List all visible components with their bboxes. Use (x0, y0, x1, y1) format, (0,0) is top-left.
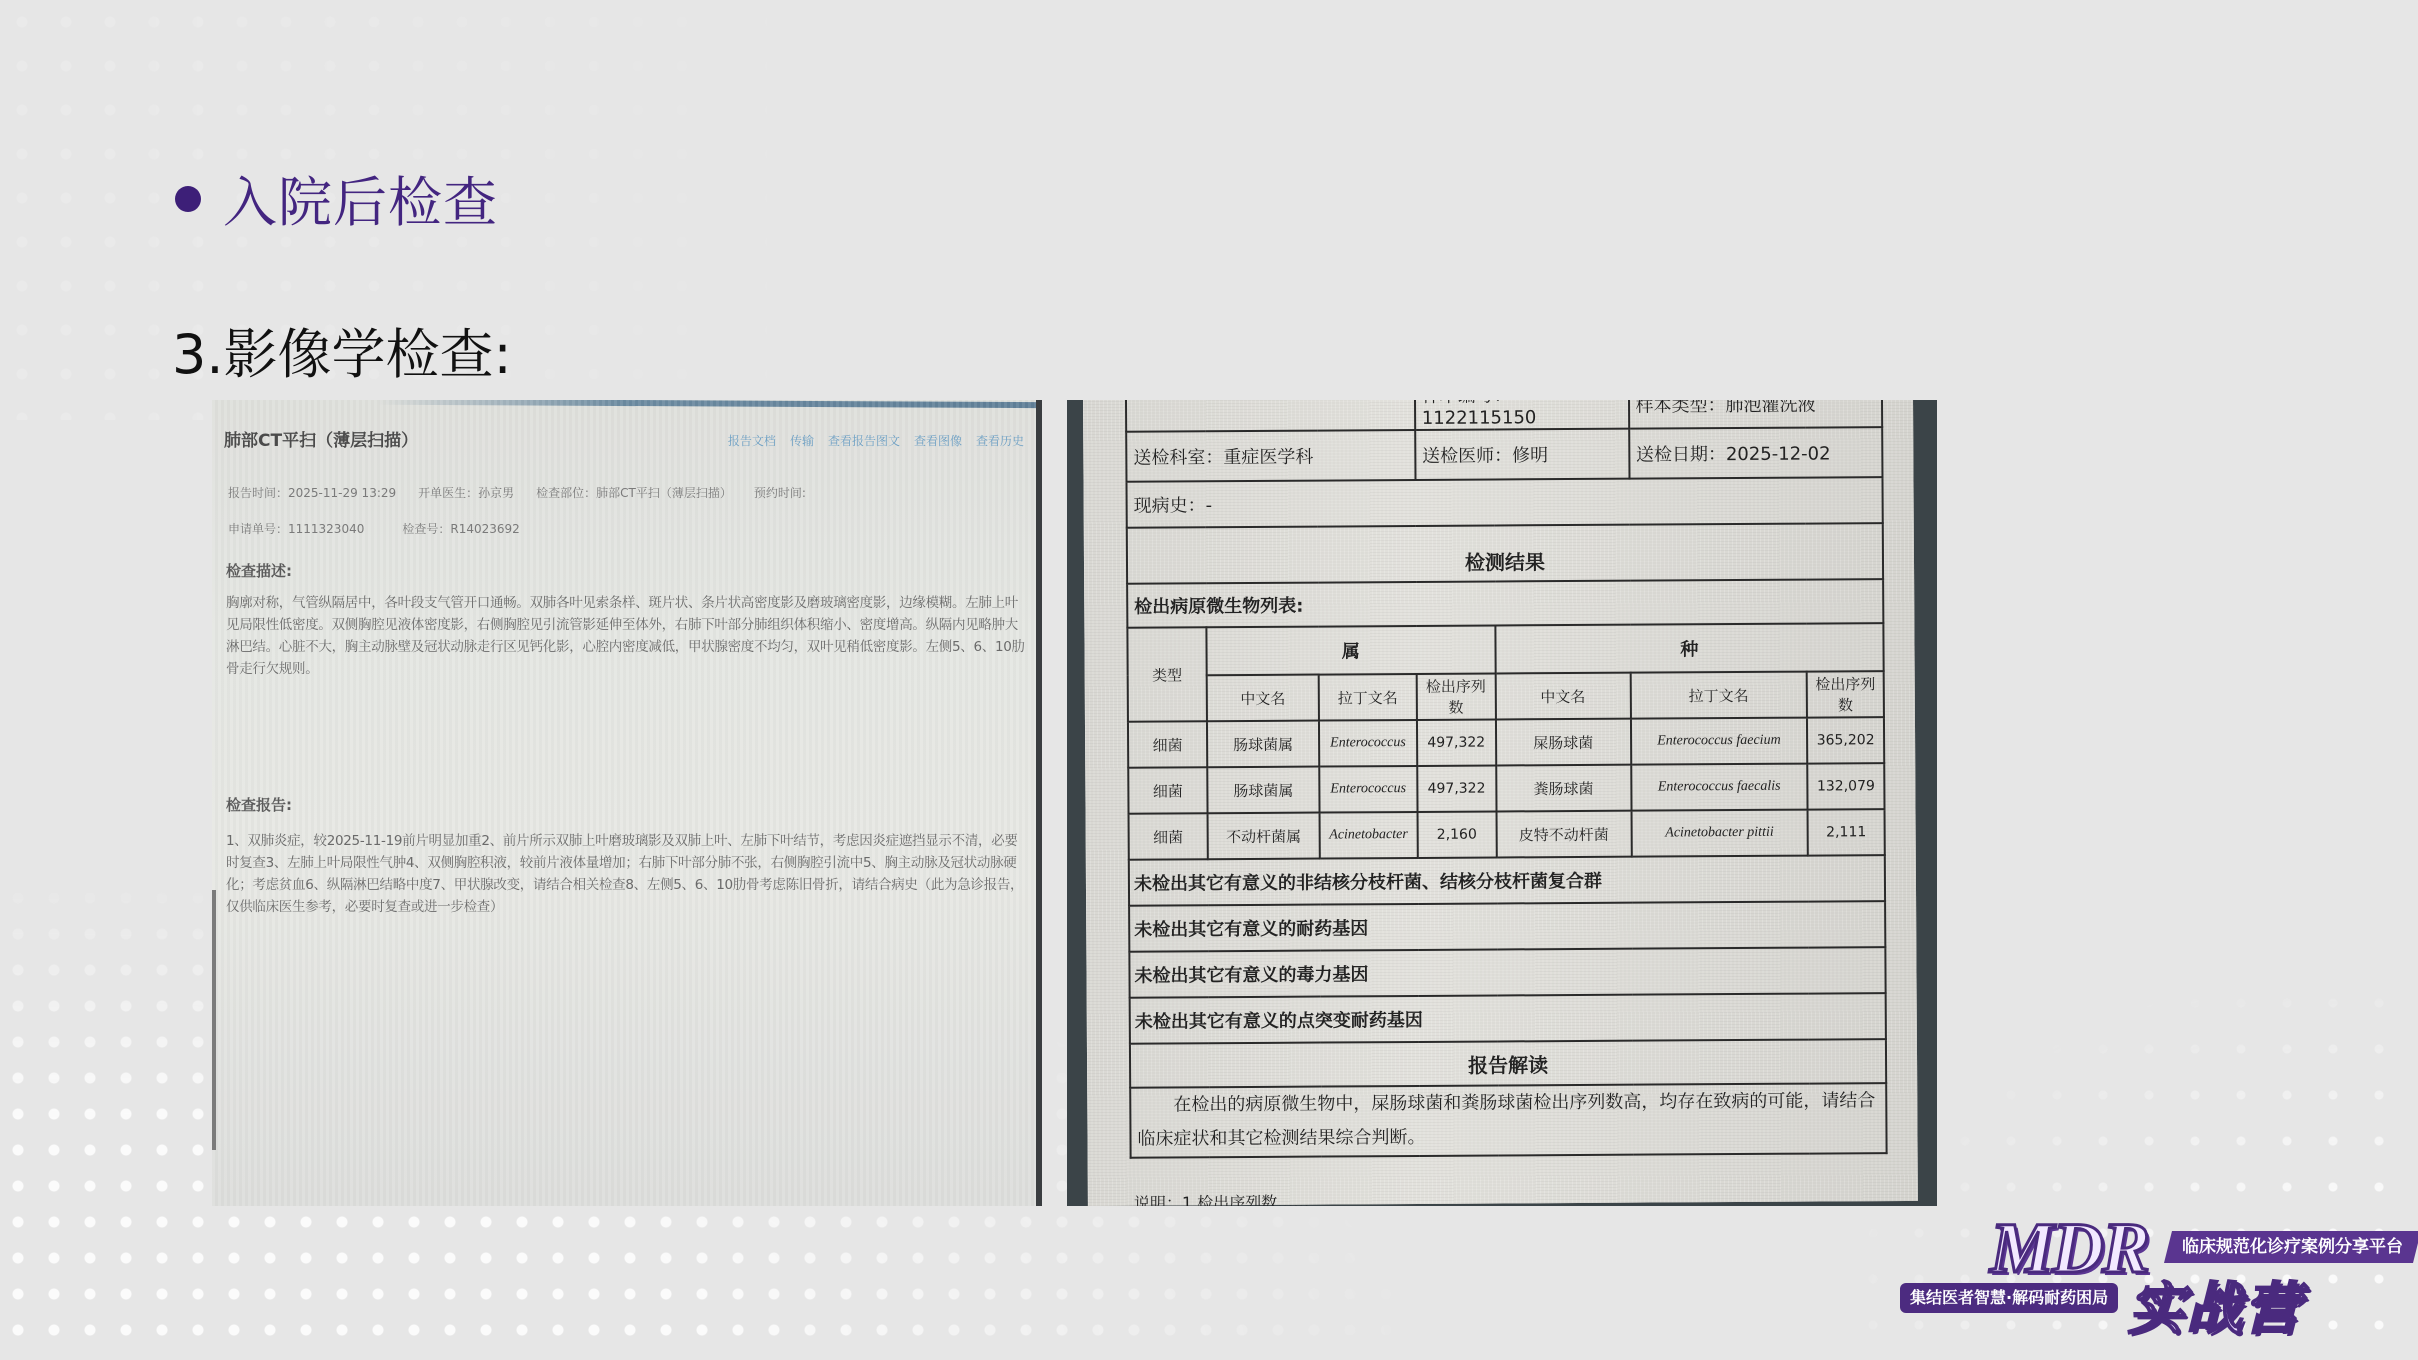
description-text: 胸廓对称，气管纵隔居中，各叶段支气管开口通畅。双肺各叶见索条样、斑片状、条片状高… (226, 592, 1026, 680)
ct-meta-row-1: 报告时间：2025-11-29 13:29 开单医生：孙京男 检查部位：肺部CT… (228, 484, 806, 501)
pathogen-list-label: 检出病原微生物列表: (1127, 579, 1883, 628)
row-species-reads: 365,202 (1807, 717, 1884, 763)
submission-date: 送检日期：2025-12-02 (1629, 427, 1883, 479)
ct-report-title: 肺部CT平扫（薄层扫描） (224, 426, 418, 451)
row-genus-reads: 2,160 (1417, 811, 1496, 857)
row-species-reads: 132,079 (1807, 763, 1884, 809)
slide-subheading: 3.影像学检查: (172, 312, 512, 389)
note-row: 未检出其它有意义的点突变耐药基因 (1130, 993, 1886, 1044)
results-title-row: 检测结果 (1127, 523, 1883, 584)
row-genus-latin: Enterococcus (1319, 720, 1417, 767)
note-virulence-genes: 未检出其它有意义的毒力基因 (1129, 947, 1885, 998)
report-time: 报告时间：2025-11-29 13:29 (228, 484, 396, 501)
row-type: 细菌 (1128, 721, 1207, 767)
appointment-time: 预约时间: (754, 484, 806, 501)
ngs-report-table: 样本编号：1122115150 样本类型：肺泡灌洗液 送检科室：重症医学科 送检… (1125, 400, 1888, 1159)
logo-mark: MDR (1990, 1207, 2148, 1290)
col-genus-cn: 中文名 (1207, 675, 1319, 722)
row-species-latin: Enterococcus faecium (1631, 718, 1808, 765)
col-species-cn: 中文名 (1495, 673, 1630, 720)
note-ntm: 未检出其它有意义的非结核分枝杆菌、结核分枝杆菌复合群 (1129, 855, 1885, 906)
heading-text: 入院后检查 (223, 160, 498, 237)
logo-tagline: 临床规范化诊疗案例分享平台 (2164, 1231, 2418, 1263)
application-number: 申请单号：1111323040 (228, 520, 364, 537)
transfer-link[interactable]: 传输 (790, 432, 814, 449)
col-species: 种 (1495, 623, 1884, 673)
interpretation-title: 报告解读 (1130, 1039, 1886, 1088)
note-point-mutation: 未检出其它有意义的点突变耐药基因 (1130, 993, 1886, 1044)
row-species-cn: 粪肠球菌 (1496, 765, 1631, 812)
table-row: 细菌 不动杆菌属 Acinetobacter 2,160 皮特不动杆菌 Acin… (1129, 809, 1885, 860)
table-row: 细菌 肠球菌属 Enterococcus 497,322 粪肠球菌 Entero… (1128, 763, 1884, 814)
interpretation-row: 在检出的病原微生物中，屎肠球菌和粪肠球菌检出序列数高，均存在致病的可能，请结合临… (1130, 1083, 1886, 1158)
col-species-reads: 检出序列数 (1807, 671, 1884, 717)
exam-site: 检查部位：肺部CT平扫（薄层扫描） (536, 484, 732, 501)
table-row: 细菌 肠球菌属 Enterococcus 497,322 屎肠球菌 Entero… (1128, 717, 1884, 768)
logo-slogan: 集结医者智慧·解码耐药困局 (1900, 1283, 2118, 1313)
row-species-latin: Acinetobacter pittii (1631, 810, 1808, 857)
row-genus-cn: 肠球菌属 (1207, 721, 1319, 768)
slide-heading: 入院后检查 (175, 160, 498, 237)
note-row: 未检出其它有意义的非结核分枝杆菌、结核分枝杆菌复合群 (1129, 855, 1885, 906)
note-resistance-genes: 未检出其它有意义的耐药基因 (1129, 901, 1885, 952)
table-sub-header: 中文名 拉丁文名 检出序列数 中文名 拉丁文名 检出序列数 (1128, 671, 1884, 722)
row-type: 细菌 (1128, 767, 1207, 813)
interpretation-title-row: 报告解读 (1130, 1039, 1886, 1088)
row-genus-reads: 497,322 (1417, 719, 1496, 765)
exam-number: 检查号：R14023692 (402, 520, 519, 537)
row-species-latin: Enterococcus faecalis (1631, 764, 1808, 811)
view-history-link[interactable]: 查看历史 (976, 432, 1024, 449)
col-genus-latin: 拉丁文名 (1319, 674, 1417, 721)
row-genus-cn: 肠球菌属 (1207, 767, 1319, 814)
row-genus-latin: Acinetobacter (1320, 812, 1418, 859)
note-row: 未检出其它有意义的毒力基因 (1129, 947, 1885, 998)
report-paper: 样本编号：1122115150 样本类型：肺泡灌洗液 送检科室：重症医学科 送检… (1083, 400, 1918, 1206)
row-genus-reads: 497,322 (1417, 765, 1496, 811)
col-genus-reads: 检出序列数 (1416, 673, 1495, 719)
table-group-header: 类型 属 种 (1127, 623, 1883, 676)
view-image-link[interactable]: 查看图像 (914, 432, 962, 449)
conclusion-text: 1、双肺炎症，较2025-11-19前片明显加重2、前片所示双肺上叶磨玻璃影及双… (226, 830, 1026, 918)
col-genus: 属 (1206, 625, 1495, 675)
row-genus-latin: Enterococcus (1319, 766, 1417, 813)
row-species-cn: 屎肠球菌 (1496, 719, 1631, 766)
row-species-reads: 2,111 (1808, 809, 1885, 855)
report-footnote: 说明：1.检出序列数…… (1134, 1190, 1309, 1206)
interpretation-text: 在检出的病原微生物中，屎肠球菌和粪肠球菌检出序列数高，均存在致病的可能，请结合临… (1130, 1083, 1886, 1158)
col-species-latin: 拉丁文名 (1630, 672, 1807, 719)
results-title: 检测结果 (1127, 523, 1883, 584)
description-label: 检查描述: (226, 560, 292, 581)
submitting-doctor: 送检医师：修明 (1415, 429, 1629, 480)
ct-meta-row-2: 申请单号：1111323040 检查号：R14023692 (228, 520, 520, 537)
bullet-icon (175, 186, 201, 212)
sample-type: 样本类型：肺泡灌洗液 (1628, 400, 1882, 429)
note-row: 未检出其它有意义的耐药基因 (1129, 901, 1885, 952)
mdr-camp-logo: MDR 临床规范化诊疗案例分享平台 集结医者智慧·解码耐药困局 实战营 (1900, 1205, 2400, 1335)
logo-tagline-text: 临床规范化诊疗案例分享平台 (2182, 1231, 2403, 1263)
sample-number: 样本编号：1122115150 (1415, 400, 1629, 430)
pathogen-list-row: 检出病原微生物列表: (1127, 579, 1883, 628)
ct-action-links: 报告文档 传输 查看报告图文 查看图像 查看历史 (728, 432, 1024, 449)
row-type: 细菌 (1129, 813, 1208, 859)
row-species-cn: 皮特不动杆菌 (1496, 811, 1631, 858)
report-document-link[interactable]: 报告文档 (728, 432, 776, 449)
scrollbar-edge (212, 890, 216, 1150)
logo-camp: 实战营 (2128, 1265, 2302, 1345)
history-row: 现病史：- (1127, 477, 1883, 528)
ordering-doctor: 开单医生：孙京男 (418, 484, 514, 501)
present-history: 现病史：- (1127, 477, 1883, 528)
conclusion-label: 检查报告: (226, 794, 292, 815)
col-type: 类型 (1127, 627, 1206, 721)
row-genus-cn: 不动杆菌属 (1207, 813, 1319, 860)
view-report-image-link[interactable]: 查看报告图文 (828, 432, 900, 449)
submission-row: 送检科室：重症医学科 送检医师：修明 送检日期：2025-12-02 (1126, 427, 1882, 482)
ct-report-photo: 肺部CT平扫（薄层扫描） 报告文档 传输 查看报告图文 查看图像 查看历史 报告… (212, 400, 1042, 1206)
ngs-report-photo: 样本编号：1122115150 样本类型：肺泡灌洗液 送检科室：重症医学科 送检… (1067, 400, 1937, 1206)
submitting-dept: 送检科室：重症医学科 (1126, 430, 1415, 482)
